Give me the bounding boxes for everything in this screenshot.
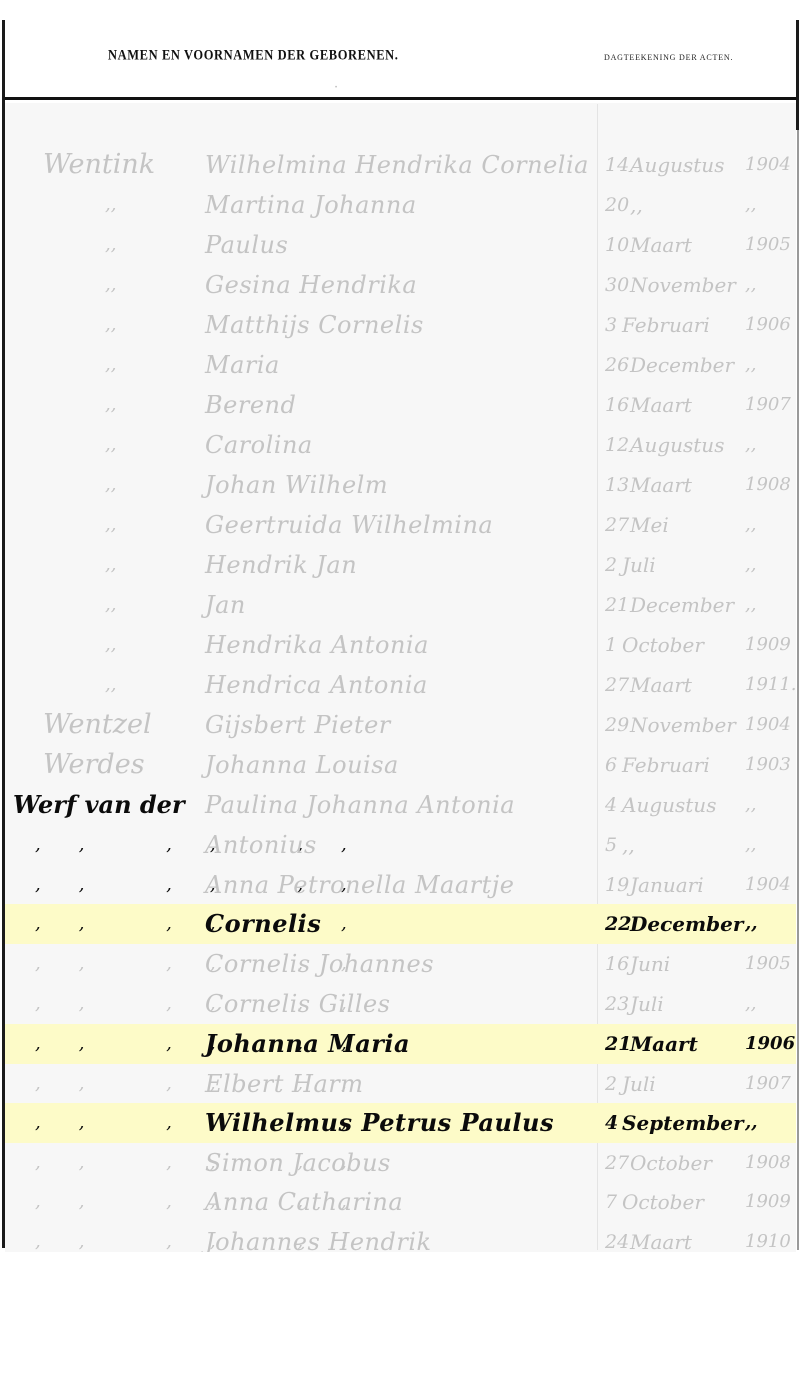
register-row: ,,Berend16Maart1907 [5, 385, 796, 425]
date-year-cell: ,, [745, 265, 756, 305]
given-names-cell: Anna Catharina [205, 1182, 403, 1222]
surname-cell: ,, [105, 345, 116, 385]
date-day-cell: 27 [605, 505, 629, 545]
date-month-cell: December [630, 585, 734, 625]
register-row: ,,Martina Johanna20,,,, [5, 185, 796, 225]
given-names-cell: Wilhelmina Hendrika Cornelia [205, 145, 589, 185]
date-day-cell: 7 [605, 1182, 617, 1222]
date-year-cell: 1906 [745, 1024, 795, 1064]
date-year-cell: ,, [745, 904, 758, 944]
date-month-cell: Maart [630, 225, 692, 265]
surname-cell: ,, [105, 225, 116, 265]
register-row: WerdesJohanna Louisa6Februari1903 [5, 745, 796, 785]
given-names-cell: Maria [205, 345, 280, 385]
given-names-cell: Hendrica Antonia [205, 665, 428, 705]
date-day-cell: 3 [605, 305, 617, 345]
register-page: NAMEN EN VOORNAMEN DER GEBORENEN. DAGTEE… [0, 0, 800, 1400]
date-month-cell: Februari [622, 745, 710, 785]
date-month-cell: Februari [622, 305, 710, 345]
date-day-cell: 12 [605, 425, 629, 465]
surname-cell: Wentink [43, 145, 223, 185]
date-month-cell: Januari [630, 865, 704, 905]
date-month-cell: October [622, 1182, 704, 1222]
given-names-cell: Elbert Harm [205, 1064, 363, 1104]
date-day-cell: 30 [605, 265, 629, 305]
date-day-cell: 19 [605, 865, 629, 905]
date-year-cell: ,, [745, 1103, 758, 1143]
date-month-cell: Maart [630, 465, 692, 505]
date-year-cell: ,, [745, 785, 756, 825]
date-year-cell: 1907 [745, 385, 791, 425]
date-month-cell: Augustus [622, 785, 716, 825]
date-month-cell: Maart [630, 665, 692, 705]
date-year-cell: 1908 [745, 1143, 791, 1183]
date-month-cell: Maart [630, 1024, 698, 1064]
date-day-cell: 22 [605, 904, 631, 944]
header-rule [5, 97, 796, 100]
given-names-cell: Cornelis Gilles [205, 984, 390, 1024]
surname-cell: ,, [105, 465, 116, 505]
date-year-cell: ,, [745, 505, 756, 545]
date-year-cell: ,, [745, 345, 756, 385]
given-names-cell: Johanna Maria [205, 1024, 410, 1064]
date-month-cell: Maart [630, 385, 692, 425]
date-day-cell: 20 [605, 185, 629, 225]
date-month-cell: Augustus [630, 425, 724, 465]
given-names-cell: Gijsbert Pieter [205, 705, 391, 745]
register-row: WentinkWilhelmina Hendrika Cornelia14Aug… [5, 145, 796, 185]
date-day-cell: 6 [605, 745, 617, 785]
date-year-cell: 1905 [745, 225, 791, 265]
date-month-cell: Augustus [630, 145, 724, 185]
date-month-cell: October [622, 625, 704, 665]
date-month-cell: Juli [622, 1064, 656, 1104]
date-day-cell: 2 [605, 545, 617, 585]
register-row: Werf van derPaulina Johanna Antonia4Augu… [5, 785, 796, 825]
given-names-cell: Johan Wilhelm [205, 465, 388, 505]
highlighted-register-row: ,, ,, ,,Johanna Maria21Maart1906 [5, 1024, 796, 1064]
surname-cell: ,, [105, 385, 116, 425]
date-year-cell: 1905 [745, 944, 791, 984]
date-year-cell: 1909 [745, 625, 791, 665]
right-page-border-lower [797, 130, 799, 1250]
date-day-cell: 27 [605, 665, 629, 705]
given-names-cell: Cornelis [205, 904, 321, 944]
date-day-cell: 10 [605, 225, 629, 265]
page-bottom-margin [0, 1252, 800, 1400]
date-month-cell: Juli [622, 545, 656, 585]
given-names-cell: Berend [205, 385, 296, 425]
date-day-cell: 16 [605, 385, 629, 425]
given-names-cell: Matthijs Cornelis [205, 305, 424, 345]
date-month-cell: September [622, 1103, 744, 1143]
given-names-cell: Carolina [205, 425, 313, 465]
date-month-cell: December [630, 904, 743, 944]
date-year-cell: 1904 [745, 705, 791, 745]
register-row: ,, ,, ,,Anna Catharina7October1909 [5, 1182, 796, 1222]
given-names-cell: Paulus [205, 225, 288, 265]
date-day-cell: 4 [605, 1103, 618, 1143]
date-day-cell: 21 [605, 585, 629, 625]
date-month-cell: ,, [622, 825, 635, 865]
register-row: WentzelGijsbert Pieter29November1904 [5, 705, 796, 745]
date-day-cell: 4 [605, 785, 617, 825]
date-year-cell: 1909 [745, 1182, 791, 1222]
register-row: ,,Gesina Hendrika30November,, [5, 265, 796, 305]
register-row: ,,Geertruida Wilhelmina27Mei,, [5, 505, 796, 545]
date-year-cell: ,, [745, 545, 756, 585]
given-names-cell: Geertruida Wilhelmina [205, 505, 493, 545]
date-year-cell: ,, [745, 585, 756, 625]
register-row: ,, ,, ,,Cornelis Gilles23Juli,, [5, 984, 796, 1024]
register-row: ,,Johan Wilhelm13Maart1908 [5, 465, 796, 505]
date-day-cell: 29 [605, 705, 629, 745]
date-year-cell: ,, [745, 185, 756, 225]
register-row: ,,Carolina12Augustus,, [5, 425, 796, 465]
given-names-cell: Johanna Louisa [205, 745, 399, 785]
register-row: ,, ,, ,,Elbert Harm2Juli1907 [5, 1064, 796, 1104]
date-year-cell: ,, [745, 825, 756, 865]
given-names-cell: Simon Jacobus [205, 1143, 391, 1183]
date-month-cell: November [630, 705, 736, 745]
register-row: ,,Paulus10Maart1905 [5, 225, 796, 265]
surname-cell: ,, [105, 425, 116, 465]
date-day-cell: 27 [605, 1143, 629, 1183]
surname-cell: ,, [105, 265, 116, 305]
date-day-cell: 23 [605, 984, 629, 1024]
date-year-cell: ,, [745, 984, 756, 1024]
given-names-cell: Anna Petronella Maartje [205, 865, 514, 905]
date-year-cell: ,, [745, 425, 756, 465]
date-day-cell: 26 [605, 345, 629, 385]
date-year-cell: 1904 [745, 145, 791, 185]
surname-cell: ,, [105, 185, 116, 225]
date-day-cell: 2 [605, 1064, 617, 1104]
date-year-cell: 1908 [745, 465, 791, 505]
surname-cell: ,, [105, 625, 116, 665]
register-row: ,,Matthijs Cornelis3Februari1906 [5, 305, 796, 345]
register-row: ,,Hendrica Antonia27Maart1911. [5, 665, 796, 705]
given-names-cell: Cornelis Johannes [205, 944, 434, 984]
surname-cell: ,, [105, 665, 116, 705]
surname-cell: ,, [105, 545, 116, 585]
register-row: ,, ,, ,,Cornelis Johannes16Juni1905 [5, 944, 796, 984]
date-month-cell: Juli [630, 984, 664, 1024]
register-row: ,,Hendrik Jan2Juli,, [5, 545, 796, 585]
register-row: ,,Maria26December,, [5, 345, 796, 385]
register-row: ,, ,, ,,Simon Jacobus27October1908 [5, 1143, 796, 1183]
register-row: ,,Jan21December,, [5, 585, 796, 625]
highlighted-register-row: ,, ,, ,,Cornelis22December,, [5, 904, 796, 944]
given-names-cell: Hendrik Jan [205, 545, 357, 585]
surname-cell: Wentzel [43, 705, 223, 745]
highlighted-register-row: ,, ,, ,,Wilhelmus Petrus Paulus4Septembe… [5, 1103, 796, 1143]
given-names-cell: Martina Johanna [205, 185, 417, 225]
date-day-cell: 14 [605, 145, 629, 185]
date-column-heading: DAGTEEKENING DER ACTEN. [604, 53, 733, 62]
date-year-cell: 1904 [745, 865, 791, 905]
date-month-cell: October [630, 1143, 712, 1183]
register-row: ,,Hendrika Antonia1October1909 [5, 625, 796, 665]
date-day-cell: 13 [605, 465, 629, 505]
surname-cell: Werdes [43, 745, 223, 785]
date-month-cell: Mei [630, 505, 669, 545]
right-page-border [796, 20, 799, 130]
names-column-heading: NAMEN EN VOORNAMEN DER GEBORENEN. [108, 47, 399, 64]
surname-cell: Werf van der [13, 785, 193, 825]
date-day-cell: 21 [605, 1024, 631, 1064]
surname-cell: ,, [105, 305, 116, 345]
date-month-cell: Juni [630, 944, 670, 984]
date-month-cell: ,, [630, 185, 643, 225]
given-names-cell: Wilhelmus Petrus Paulus [205, 1103, 554, 1143]
date-year-cell: 1911. [745, 665, 797, 705]
date-day-cell: 16 [605, 944, 629, 984]
given-names-cell: Antonius [205, 825, 317, 865]
given-names-cell: Jan [205, 585, 246, 625]
date-year-cell: 1907 [745, 1064, 791, 1104]
date-month-cell: December [630, 345, 734, 385]
given-names-cell: Gesina Hendrika [205, 265, 417, 305]
date-day-cell: 5 [605, 825, 617, 865]
given-names-cell: Hendrika Antonia [205, 625, 429, 665]
date-month-cell: November [630, 265, 736, 305]
date-year-cell: 1903 [745, 745, 791, 785]
date-day-cell: 1 [605, 625, 617, 665]
register-row: ,, ,, ,,Antonius5,,,, [5, 825, 796, 865]
date-year-cell: 1906 [745, 305, 791, 345]
header-dot: • [335, 85, 337, 91]
given-names-cell: Paulina Johanna Antonia [205, 785, 515, 825]
register-row: ,, ,, ,,Anna Petronella Maartje19Januari… [5, 865, 796, 905]
surname-cell: ,, [105, 505, 116, 545]
surname-cell: ,, [105, 585, 116, 625]
